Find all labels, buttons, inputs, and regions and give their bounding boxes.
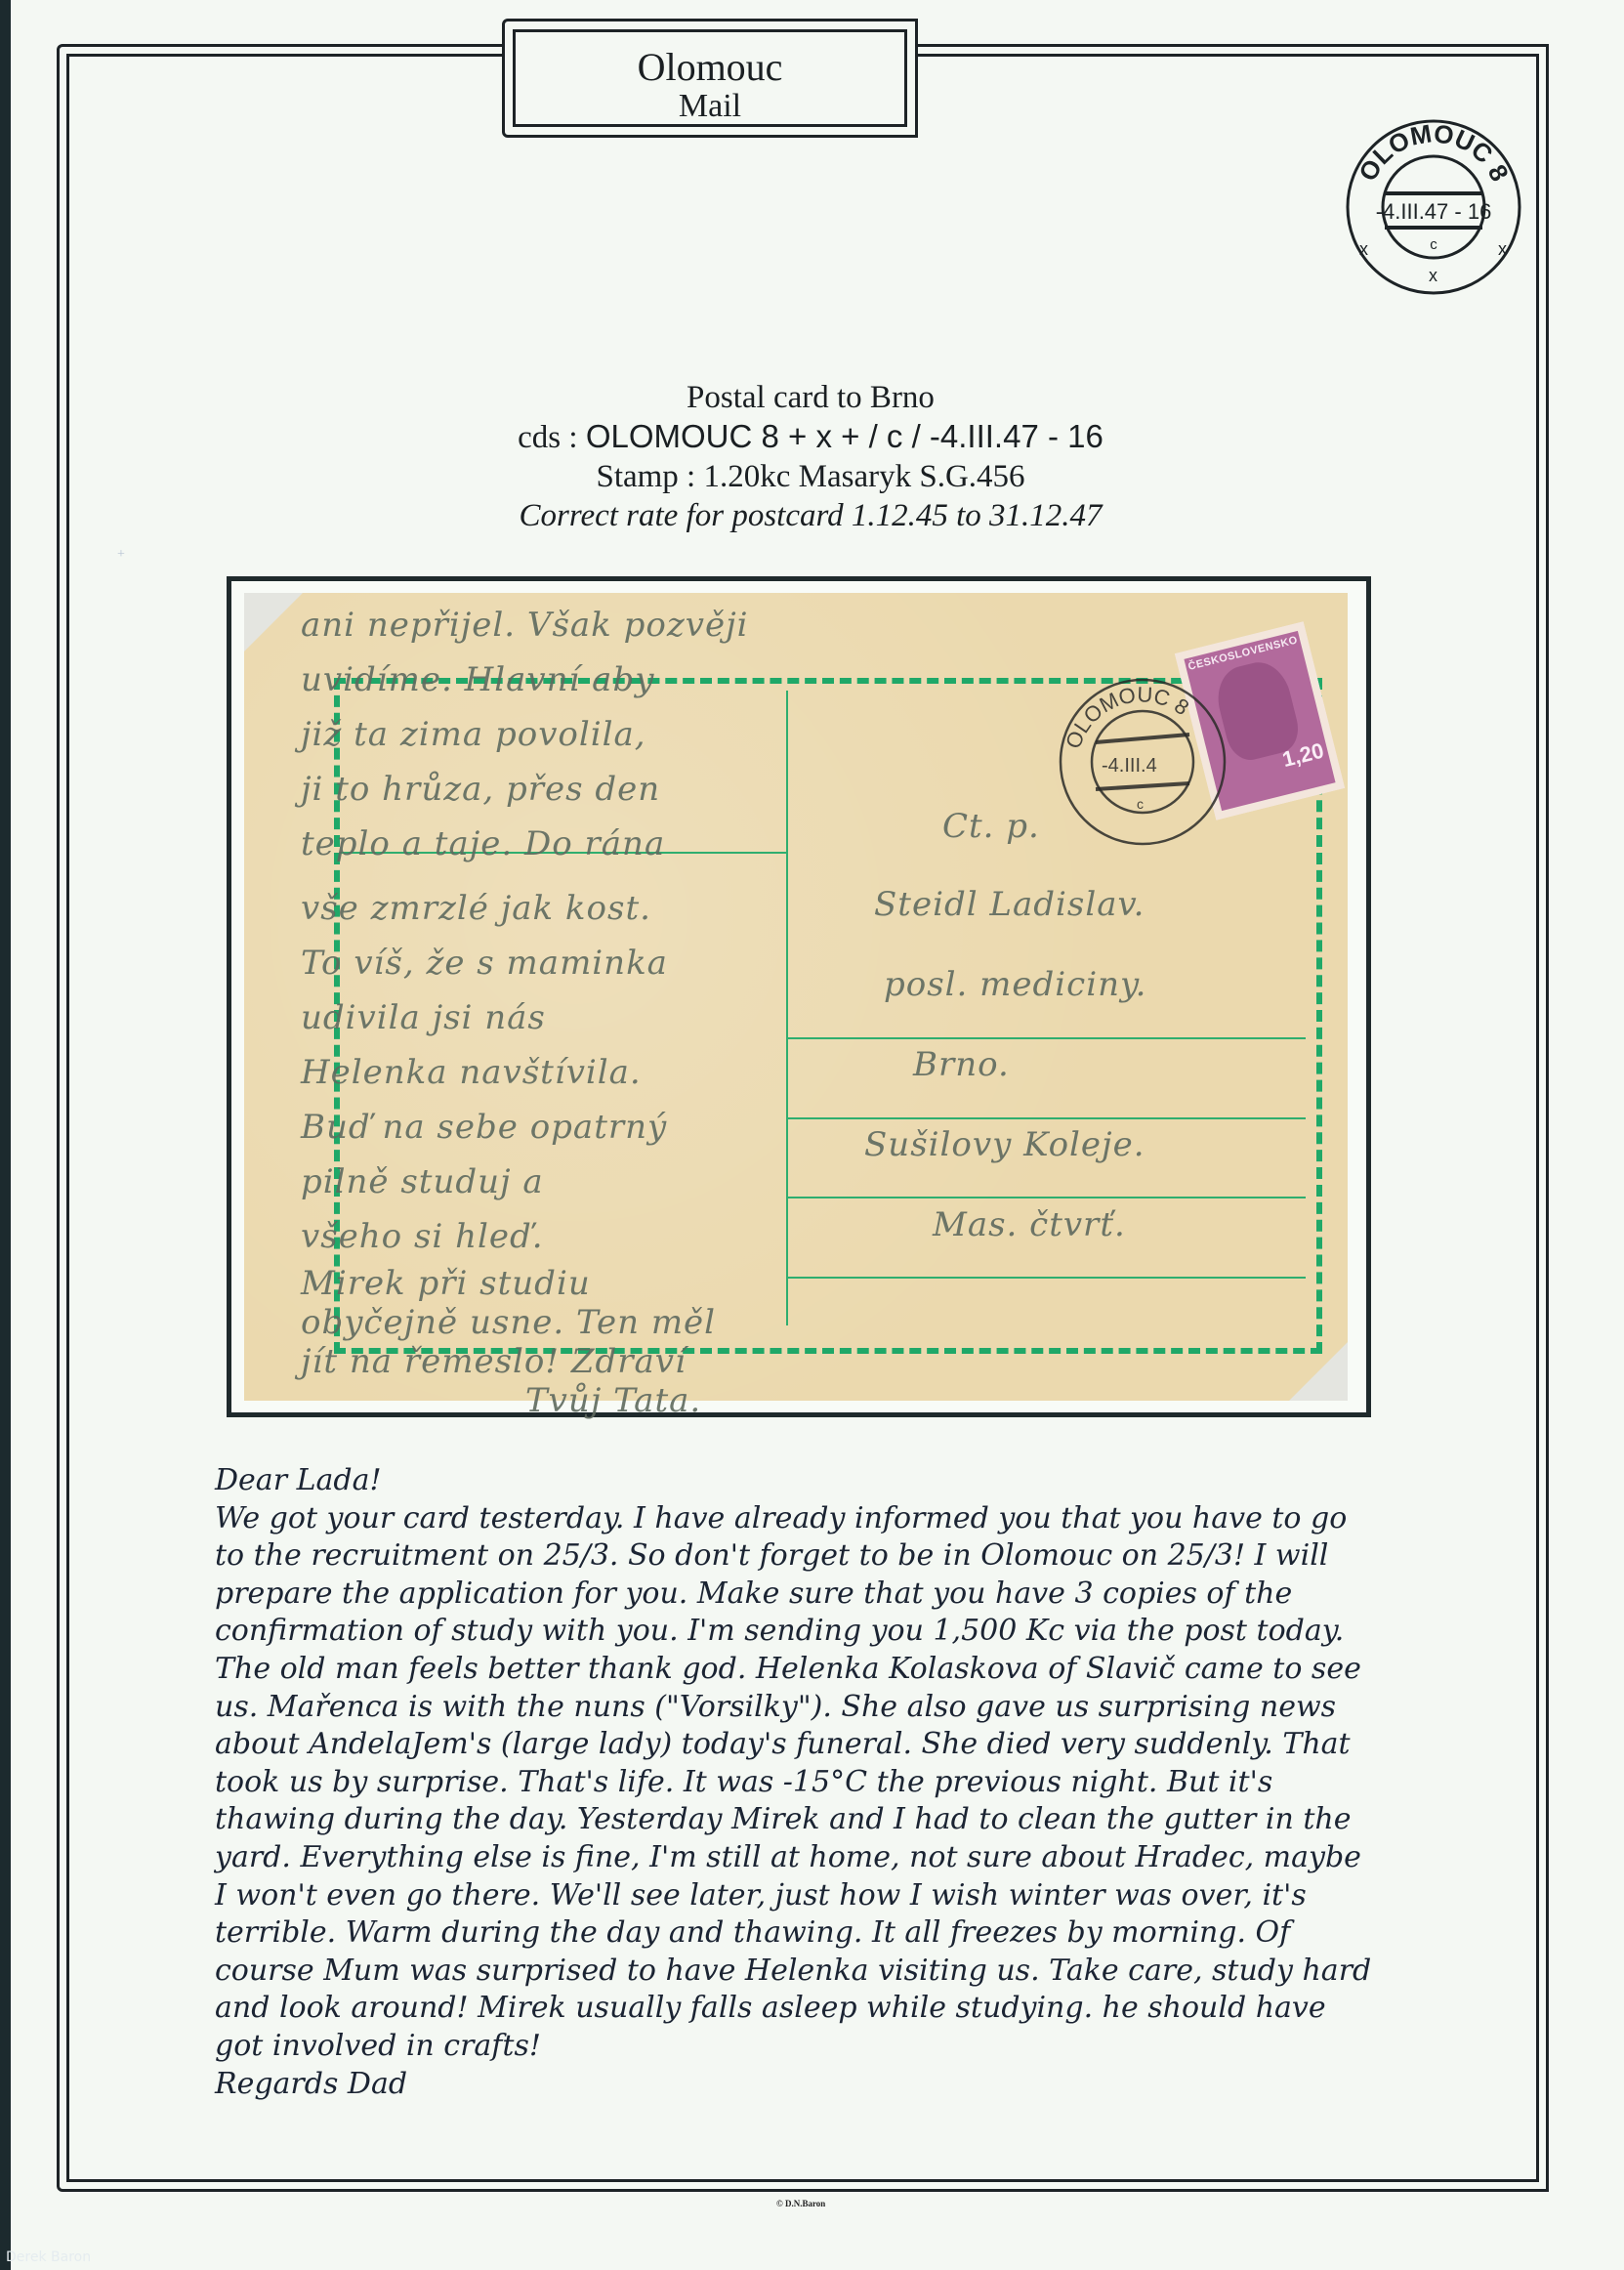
postmark-reference-date: -4.III.47 - 16	[1376, 199, 1492, 224]
translation-line: us. Mařenca is with the nuns ("Vorsilky"…	[215, 1689, 1436, 1727]
address-line: Steidl Ladislav.	[854, 864, 1323, 945]
translation-line: took us by surprise. That's life. It was…	[215, 1764, 1436, 1802]
translation-line: We got your card testerday. I have alrea…	[215, 1500, 1436, 1538]
message-line: ji to hrůza, přes den	[301, 762, 809, 817]
postmark-reference-town: OLOMOUC 8	[1353, 118, 1515, 186]
caption-stamp: Stamp : 1.20kc Masaryk S.G.456	[293, 457, 1328, 496]
postmark-reference-code: c	[1430, 236, 1437, 253]
translation-signature: Regards Dad	[215, 2066, 1436, 2104]
message-line: uvidíme. Hlavní aby	[301, 652, 809, 707]
address-line: Brno.	[854, 1025, 1323, 1105]
translation-line: The old man feels better thank god. Hele…	[215, 1651, 1436, 1689]
postmark-reference-icon: OLOMOUC 8 -4.III.47 - 16 c x x x	[1342, 115, 1525, 299]
message-line: udivila jsi nás	[301, 990, 809, 1045]
translation-line: thawing during the day. Yesterday Mirek …	[215, 1801, 1436, 1839]
address-line: Mas. čtvrť.	[854, 1185, 1323, 1265]
watermark: Derek Baron	[6, 2249, 91, 2265]
message-line: Mirek při studiu	[301, 1264, 809, 1303]
copyright-notice: © D.N.Baron	[776, 2199, 825, 2208]
caption-rate: Correct rate for postcard 1.12.45 to 31.…	[293, 496, 1328, 535]
translation-line: and look around! Mirek usually falls asl…	[215, 1990, 1436, 2028]
translation-line: got involved in crafts!	[215, 2028, 1436, 2066]
message-line: To víš, že s maminka	[301, 936, 809, 990]
message-line: obyčejně usne. Ten měl	[301, 1303, 809, 1342]
photo-corner-top-left	[244, 593, 303, 652]
translation-line: yard. Everything else is fine, I'm still…	[215, 1839, 1436, 1877]
translation-line: I won't even go there. We'll see later, …	[215, 1877, 1436, 1915]
postcard-cancel-icon: OLOMOUC 8 -4.III.4 c	[1055, 674, 1230, 850]
address-rule	[788, 1277, 1306, 1279]
message-line: Tvůj Tata.	[301, 1381, 809, 1420]
handwritten-message: ani nepřijel. Však pozvěji uvidíme. Hlav…	[301, 598, 809, 1420]
address-line: posl. mediciny.	[854, 945, 1323, 1025]
title-box: Olomouc Mail	[502, 19, 918, 138]
message-line: ani nepřijel. Však pozvěji	[301, 598, 809, 652]
cancel-date: -4.III.4	[1102, 755, 1157, 777]
item-caption: Postal card to Brno cds : OLOMOUC 8 + x …	[293, 378, 1328, 535]
caption-title: Postal card to Brno	[293, 378, 1328, 417]
page-subtitle: Mail	[516, 89, 904, 124]
postmark-cross-bottom: x	[1429, 266, 1437, 285]
message-line: teplo a taje. Do rána	[301, 817, 809, 871]
svg-text:OLOMOUC 8: OLOMOUC 8	[1353, 118, 1515, 186]
message-line: vše zmrzlé jak kost.	[301, 881, 809, 936]
address-line: Sušilovy Koleje.	[854, 1105, 1323, 1185]
caption-cds: cds : OLOMOUC 8 + x + / c / -4.III.47 - …	[293, 417, 1328, 457]
translation-line: to the recruitment on 25/3. So don't for…	[215, 1537, 1436, 1576]
message-line: jít na řemeslo! Zdraví	[301, 1342, 809, 1381]
letter-translation: Dear Lada! We got your card testerday. I…	[215, 1462, 1436, 2103]
page-title: Olomouc	[516, 46, 904, 89]
translation-line: course Mum was surprised to have Helenka…	[215, 1953, 1436, 1991]
cancel-code: c	[1137, 796, 1144, 812]
postmark-cross-left: x	[1359, 239, 1368, 259]
message-line: Helenka navštívila.	[301, 1045, 809, 1100]
translation-line: Dear Lada!	[215, 1462, 1436, 1500]
scan-edge-strip	[0, 0, 11, 2270]
translation-line: terrible. Warm during the day and thawin…	[215, 1914, 1436, 1953]
message-line: pilně studuj a	[301, 1155, 809, 1209]
translation-line: prepare the application for you. Make su…	[215, 1576, 1436, 1614]
message-line: již ta zima povolila,	[301, 707, 809, 762]
postmark-cross-right: x	[1498, 239, 1507, 259]
handwritten-address: Ct. p. Steidl Ladislav. posl. mediciny. …	[854, 788, 1323, 1265]
pencil-mark: +	[117, 547, 125, 563]
caption-cds-value: OLOMOUC 8 + x + / c / -4.III.47 - 16	[586, 418, 1103, 454]
translation-line: about AndelaJem's (large lady) today's f…	[215, 1726, 1436, 1764]
translation-line: confirmation of study with you. I'm send…	[215, 1613, 1436, 1651]
message-line: všeho si hleď.	[301, 1209, 809, 1264]
message-line: Buď na sebe opatrný	[301, 1100, 809, 1155]
caption-cds-label: cds :	[518, 420, 586, 455]
